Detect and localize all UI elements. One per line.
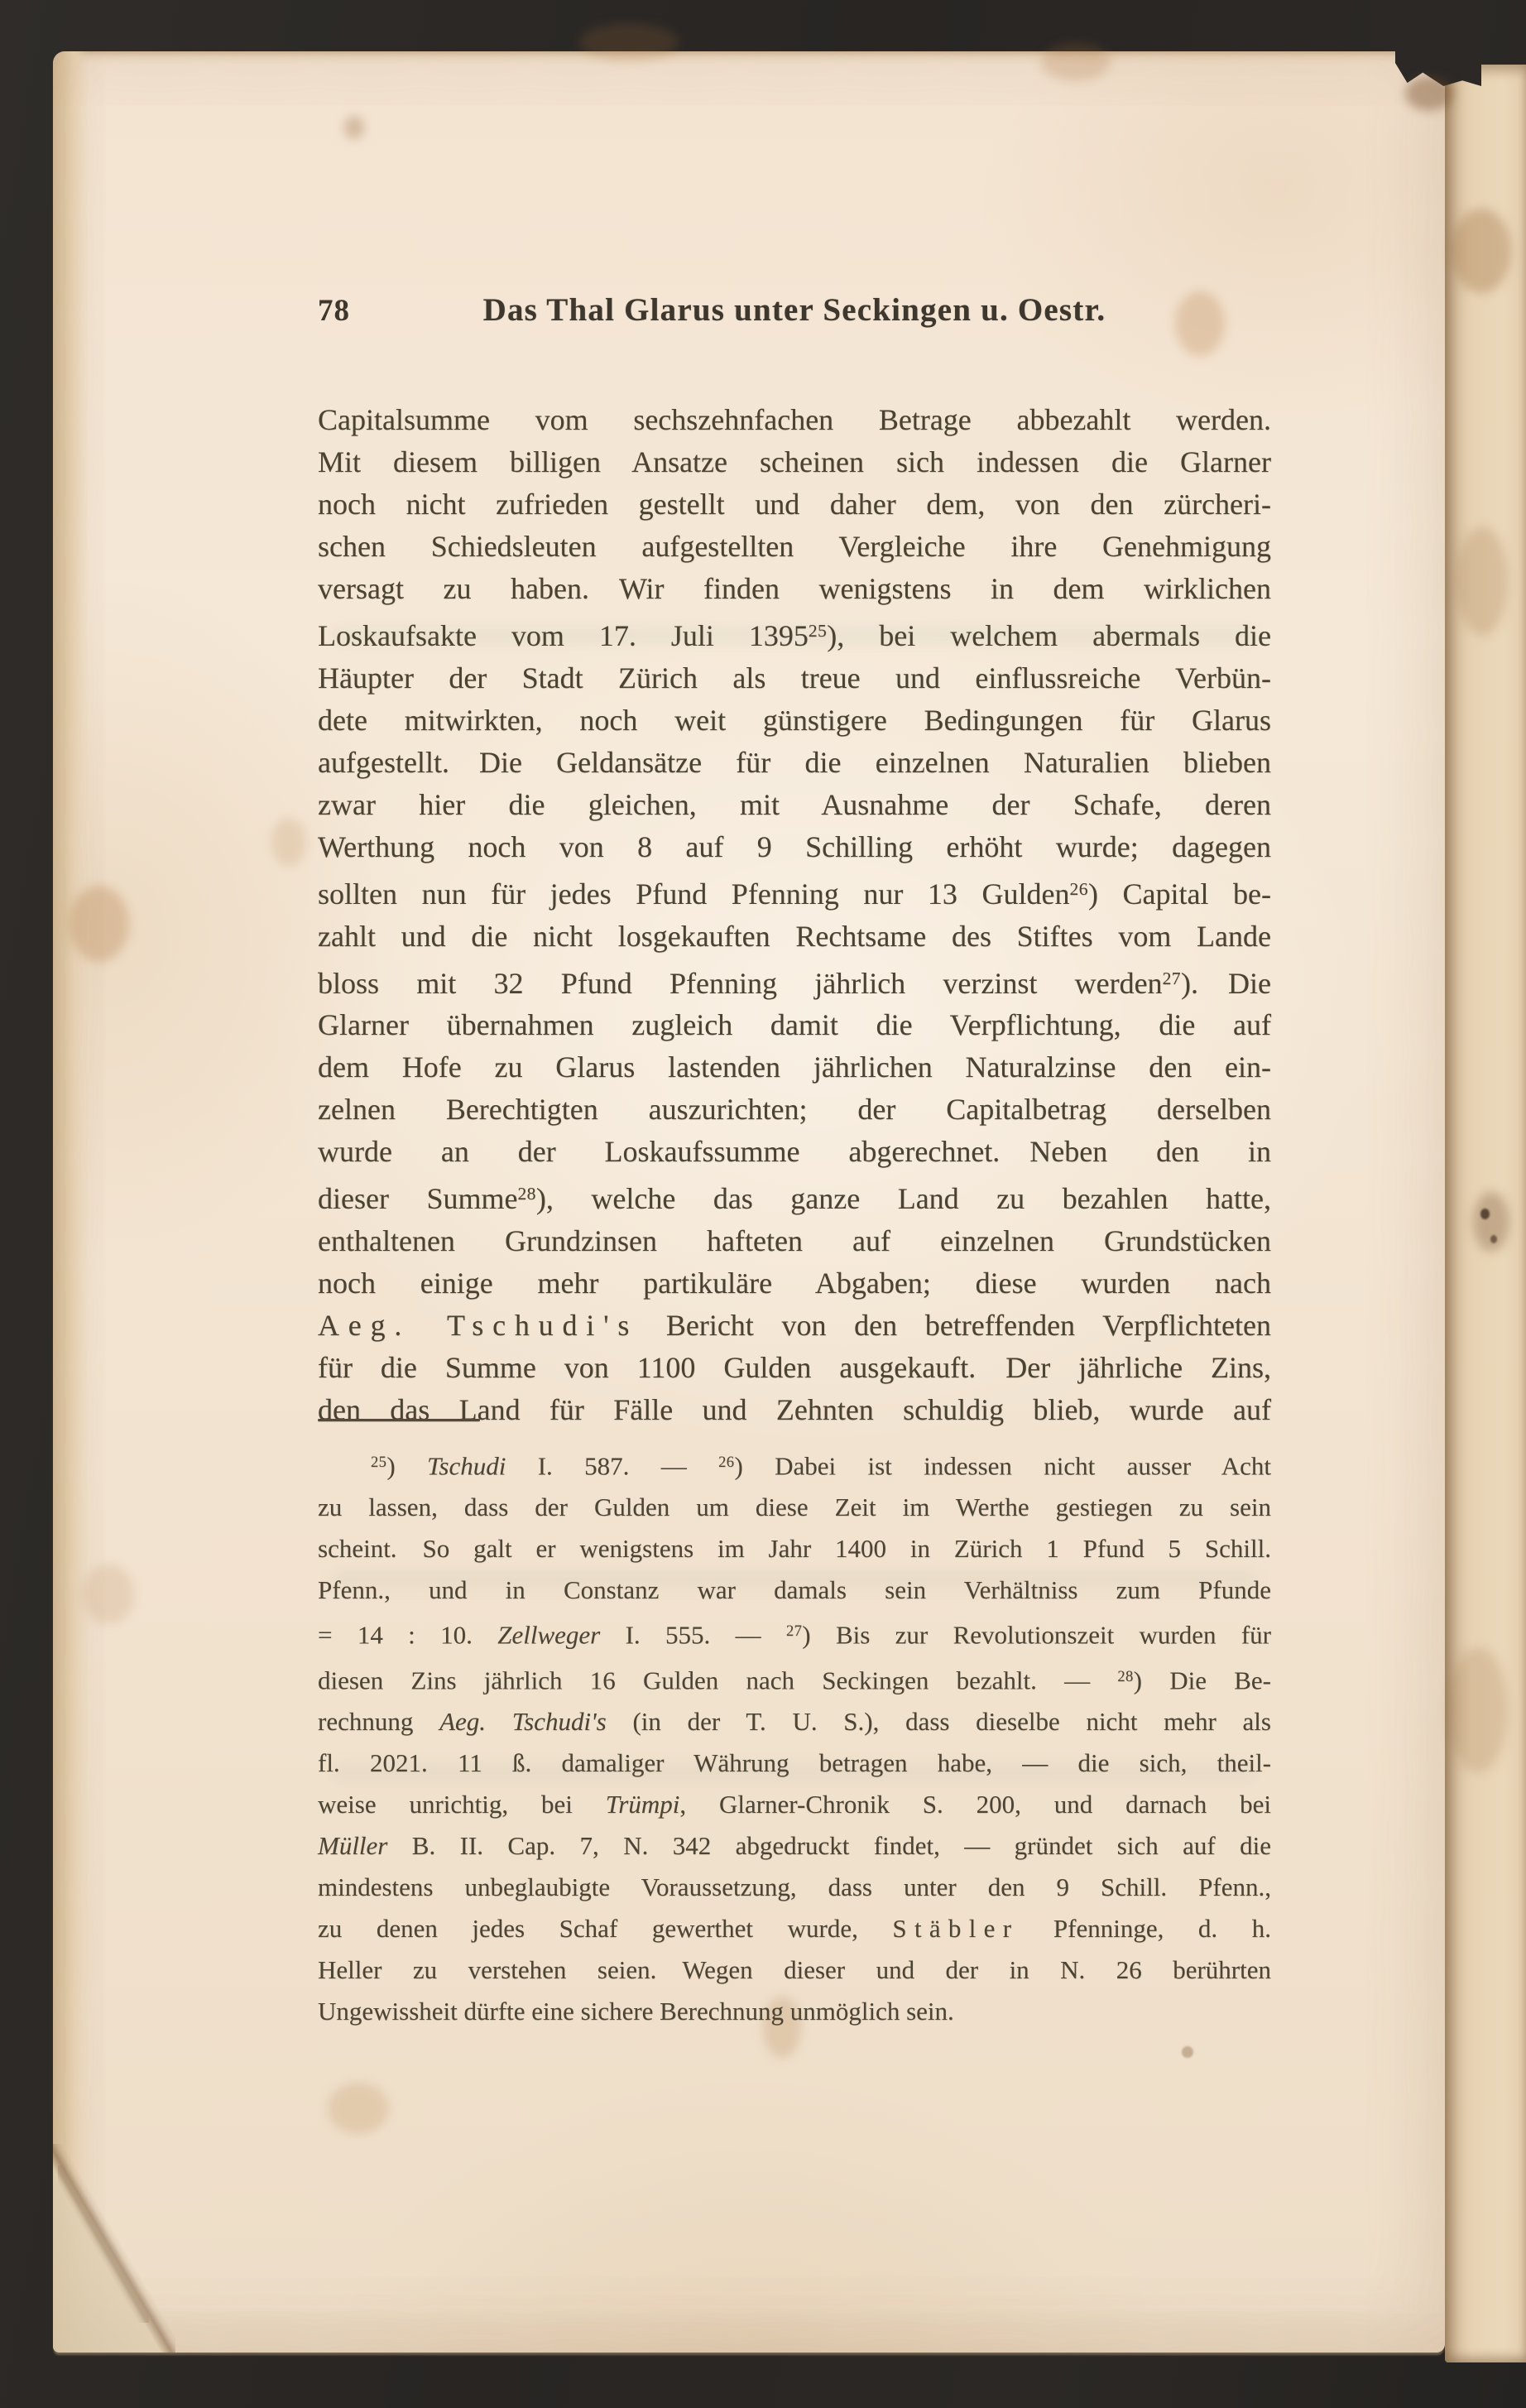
text-line: Werthung noch von 8 auf 9 Schilling erhö… [318, 826, 1271, 868]
footnote-marker: 26 [718, 1454, 734, 1471]
corner-fold [53, 2144, 175, 2353]
text-segment: noch nicht zufrieden gestellt und daher … [318, 488, 1271, 521]
text-segment: ) Bis zur Revolutionszeit wurden für [802, 1621, 1271, 1650]
text-segment: für die Summe von 1100 Gulden ausgekauft… [318, 1351, 1271, 1384]
text-line: Loskaufsakte vom 17. Juli 139525), bei w… [318, 610, 1271, 657]
text-line: enthaltenen Grundzinsen hafteten auf ein… [318, 1220, 1271, 1262]
scanned-book-spread: 78 Das Thal Glarus unter Seckingen u. Oe… [0, 0, 1526, 2408]
text-segment: B. II. Cap. 7, N. 342 abgedruckt findet,… [387, 1831, 1271, 1860]
text-line: Glarner übernahmen zugleich damit die Ve… [318, 1004, 1271, 1046]
text-segment: I. 587. — [506, 1451, 718, 1480]
text-segment: dete mitwirkten, noch weit günstigere Be… [318, 704, 1271, 737]
text-segment: mindestens unbeglaubigte Voraussetzung, … [318, 1872, 1271, 1901]
footnote-marker: 27 [1163, 968, 1181, 988]
text-line: zwar hier die gleichen, mit Ausnahme der… [318, 784, 1271, 826]
text-segment: rechnung [318, 1707, 439, 1736]
text-line: Mit diesem billigen Ansatze scheinen sic… [318, 441, 1271, 483]
text-line: zahlt und die nicht losgekauften Rechtsa… [318, 916, 1271, 958]
text-segment: ) Dabei ist indessen nicht ausser Acht [734, 1451, 1271, 1480]
page-header: 78 Das Thal Glarus unter Seckingen u. Oe… [318, 291, 1271, 341]
text-segment: Trümpi [606, 1790, 680, 1819]
text-line: dem Hofe zu Glarus lastenden jährlichen … [318, 1046, 1271, 1089]
text-line: dieser Summe28), welche das ganze Land z… [318, 1173, 1271, 1220]
text-line: = 14 : 10. Zellweger I. 555. — 27) Bis z… [318, 1611, 1271, 1656]
text-segment: Capitalsumme vom sechszehnfachen Betrage… [318, 403, 1271, 436]
text-segment: ) Die Be- [1134, 1665, 1271, 1694]
footnote-rule [318, 1419, 480, 1421]
text-segment: ) [386, 1451, 427, 1480]
text-segment: Heller zu verstehen seien. Wegen dieser … [318, 1955, 1271, 1984]
text-segment: versagt zu haben. Wir finden wenigstens … [318, 572, 1271, 605]
footnote-block: 25) Tschudi I. 587. — 26) Dabei ist inde… [318, 1442, 1271, 2032]
stain [1405, 76, 1453, 111]
text-segment: bloss mit 32 Pfund Pfenning jährlich ver… [318, 966, 1163, 999]
text-line: rechnung Aeg. Tschudi's (in der T. U. S.… [318, 1701, 1271, 1742]
text-line: 25) Tschudi I. 587. — 26) Dabei ist inde… [318, 1442, 1271, 1487]
text-segment: noch einige mehr partikuläre Abgaben; di… [318, 1266, 1271, 1300]
text-segment: diesen Zins jährlich 16 Gulden nach Seck… [318, 1665, 1117, 1694]
text-segment: zwar hier die gleichen, mit Ausnahme der… [318, 788, 1271, 821]
footnote-marker: 27 [786, 1622, 802, 1640]
footnote-marker: 25 [371, 1454, 386, 1471]
text-segment: (in der T. U. S.), dass dieselbe nicht m… [607, 1707, 1271, 1736]
text-segment: dieser Summe [318, 1182, 517, 1215]
text-segment: wurde an der Loskaufssumme abgerechnet. … [318, 1135, 1271, 1168]
text-line: dete mitwirkten, noch weit günstigere Be… [318, 699, 1271, 742]
text-segment: Glarner übernahmen zugleich damit die Ve… [318, 1008, 1271, 1041]
text-segment: Zellweger [497, 1621, 600, 1650]
text-segment: ) Capital be- [1088, 877, 1271, 911]
text-segment: fl. 2021. 11 ß. damaliger Währung betrag… [318, 1748, 1271, 1777]
running-title: Das Thal Glarus unter Seckingen u. Oestr… [318, 291, 1271, 329]
text-segment: Häupter der Stadt Zürich als treue und e… [318, 661, 1271, 695]
stain [328, 2083, 389, 2134]
stain [70, 886, 129, 962]
text-line: bloss mit 32 Pfund Pfenning jährlich ver… [318, 958, 1271, 1005]
text-line: wurde an der Loskaufssumme abgerechnet. … [318, 1131, 1271, 1173]
page-number: 78 [318, 293, 350, 329]
text-line: zu denen jedes Schaf gewerthet wurde, St… [318, 1908, 1271, 1949]
text-segment: zu lassen, dass der Gulden um diese Zeit… [318, 1492, 1271, 1521]
stain [579, 23, 679, 61]
text-segment: Ungewissheit dürfte eine sichere Berechn… [318, 1997, 954, 2026]
text-line: versagt zu haben. Wir finden wenigstens … [318, 568, 1271, 610]
speck [1182, 2046, 1193, 2058]
text-segment: Aeg. Tschudi's [439, 1707, 607, 1736]
text-segment: ), welche das ganze Land zu bezahlen hat… [536, 1182, 1271, 1215]
text-segment: zu denen jedes Schaf gewerthet wurde, [318, 1914, 892, 1943]
text-segment: schen Schiedsleuten aufgestellten Vergle… [318, 530, 1271, 563]
footnote-marker: 26 [1069, 879, 1087, 899]
speck [1490, 1235, 1497, 1243]
footnote-marker: 28 [517, 1184, 535, 1204]
text-segment: , Glarner-Chronik S. 200, und darnach be… [679, 1790, 1271, 1819]
text-segment: Tschudi [427, 1451, 506, 1480]
text-line: noch einige mehr partikuläre Abgaben; di… [318, 1262, 1271, 1305]
text-segment: enthaltenen Grundzinsen hafteten auf ein… [318, 1224, 1271, 1257]
text-segment: sollten nun für jedes Pfund Pfenning nur… [318, 877, 1069, 911]
text-segment: Loskaufsakte vom 17. Juli 1395 [318, 619, 809, 652]
text-line: sollten nun für jedes Pfund Pfenning nur… [318, 868, 1271, 916]
text-segment: = 14 : 10. [318, 1621, 497, 1650]
stain [1456, 526, 1508, 636]
text-segment: I. 555. — [600, 1621, 786, 1650]
text-segment: dem Hofe zu Glarus lastenden jährlichen … [318, 1050, 1271, 1084]
text-line: fl. 2021. 11 ß. damaliger Währung betrag… [318, 1742, 1271, 1784]
text-line: Häupter der Stadt Zürich als treue und e… [318, 657, 1271, 699]
text-segment: Stäbler [892, 1914, 1019, 1943]
text-line: Ungewissheit dürfte eine sichere Berechn… [318, 1991, 1271, 2032]
text-line: Aeg. Tschudi's Bericht von den betreffen… [318, 1305, 1271, 1347]
text-line: Pfenn., und in Constanz war damals sein … [318, 1569, 1271, 1611]
text-line: diesen Zins jährlich 16 Gulden nach Seck… [318, 1656, 1271, 1701]
text-segment: zelnen Berechtigten auszurichten; der Ca… [318, 1093, 1271, 1126]
stain [344, 116, 364, 139]
speck [1480, 1209, 1490, 1219]
text-segment: Bericht von den betreffenden Verpflichte… [638, 1309, 1271, 1342]
text-line: für die Summe von 1100 Gulden ausgekauft… [318, 1347, 1271, 1389]
stain [271, 818, 306, 866]
text-line: schen Schiedsleuten aufgestellten Vergle… [318, 526, 1271, 568]
text-line: aufgestellt. Die Geldansätze für die ein… [318, 742, 1271, 784]
text-line: Heller zu verstehen seien. Wegen dieser … [318, 1949, 1271, 1991]
main-text-block: Capitalsumme vom sechszehnfachen Betrage… [318, 399, 1271, 1431]
text-segment: Pfenn., und in Constanz war damals sein … [318, 1575, 1271, 1604]
text-line: zu lassen, dass der Gulden um diese Zeit… [318, 1487, 1271, 1528]
stain [1041, 43, 1111, 81]
text-line: Capitalsumme vom sechszehnfachen Betrage… [318, 399, 1271, 441]
text-line: zelnen Berechtigten auszurichten; der Ca… [318, 1089, 1271, 1131]
text-line: mindestens unbeglaubigte Voraussetzung, … [318, 1867, 1271, 1908]
text-segment: zahlt und die nicht losgekauften Rechtsa… [318, 920, 1271, 953]
text-segment: ). Die [1181, 966, 1271, 999]
text-segment: den das Land für Fälle und Zehnten schul… [318, 1393, 1271, 1426]
text-line: scheint. So galt er wenigstens im Jahr 1… [318, 1528, 1271, 1569]
text-line: noch nicht zufrieden gestellt und daher … [318, 483, 1271, 526]
text-segment: Werthung noch von 8 auf 9 Schilling erhö… [318, 830, 1271, 863]
stain [1448, 1647, 1508, 1773]
text-segment: weise unrichtig, bei [318, 1790, 606, 1819]
stain [1452, 209, 1511, 293]
text-segment: ), bei welchem abermals die [827, 619, 1271, 652]
stain [83, 1564, 134, 1624]
text-segment: scheint. So galt er wenigstens im Jahr 1… [318, 1534, 1271, 1563]
text-segment: Mit diesem billigen Ansatze scheinen sic… [318, 445, 1271, 478]
text-segment: Müller [318, 1831, 387, 1860]
text-segment: Aeg. Tschudi's [318, 1309, 638, 1342]
text-segment: Pfenninge, d. h. [1019, 1914, 1271, 1943]
text-line: Müller B. II. Cap. 7, N. 342 abgedruckt … [318, 1825, 1271, 1867]
text-line: weise unrichtig, bei Trümpi, Glarner-Chr… [318, 1784, 1271, 1825]
text-segment: aufgestellt. Die Geldansätze für die ein… [318, 746, 1271, 779]
footnote-marker: 28 [1117, 1668, 1133, 1685]
text-line: den das Land für Fälle und Zehnten schul… [318, 1389, 1271, 1431]
footnote-marker: 25 [809, 621, 827, 641]
